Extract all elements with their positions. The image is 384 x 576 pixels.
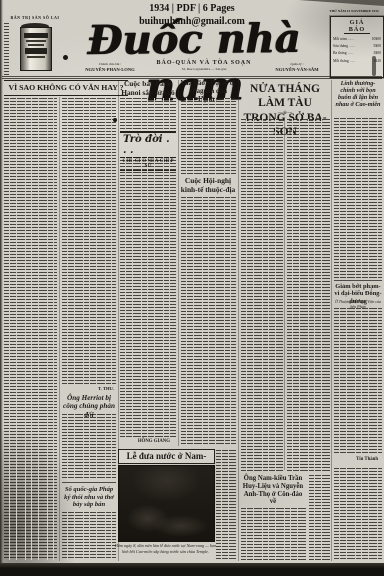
article-text: [62, 512, 116, 560]
section-rule: [62, 482, 116, 483]
price-label: Sáu tháng: [333, 43, 348, 50]
price-value: 3$00: [373, 50, 381, 57]
headline-so-quoc-gia: Số quốc-gia Pháp ký thói nhu và thơ bày …: [61, 486, 117, 509]
editor-name: NGUYỄN-PHAN-LONG: [70, 67, 150, 73]
article-text: [241, 508, 306, 560]
article-text: [62, 414, 116, 480]
headline-paris-hanoi: Cuộc bay Paris Hanoi sắp sửa có: [120, 80, 176, 97]
headline-divider: —※—: [241, 110, 329, 116]
article-text: [120, 157, 176, 437]
office-address: 32, Rue Lagrandière — Sài-gòn: [148, 67, 260, 72]
price-row: Ba tháng......3$00: [331, 50, 383, 57]
bottom-edge-strip: [0, 563, 384, 576]
price-value: 5$00: [373, 43, 381, 50]
headline-van-hay: VÌ SAO KHÔNG CÓ VĂN HAY ?: [4, 80, 128, 96]
ad-vertical-text: [4, 23, 9, 75]
article-text: [181, 197, 236, 445]
column-rule: [284, 118, 285, 470]
article-text: [287, 119, 330, 471]
masthead-editor: Chánh chủ-bút : NGUYỄN-PHAN-LONG: [70, 62, 150, 73]
price-box: GIÁ BÁO Mỗi năm......10$00 Sáu tháng....…: [330, 16, 384, 78]
ceremony-photo: [118, 465, 215, 542]
price-box-title: GIÁ BÁO: [344, 19, 370, 34]
article-text: [120, 98, 176, 130]
article-text: [309, 475, 330, 560]
office-title: BÁO-QUÁN VÀ TÒA SOẠN: [148, 59, 260, 67]
article-text: [334, 468, 382, 560]
price-label: Mỗi tháng: [333, 58, 349, 65]
newspaper-page: 1934 | PDF | 6 Pages buihuuhanh@gmail.co…: [0, 0, 384, 576]
photo-caption: Hôm ngày 8, dân mến làm lễ đưa nước tại …: [114, 543, 217, 555]
headline-con-dao: Ông Nam-kiều Trần Huy-Liệu và Nguyễn Anh…: [240, 475, 306, 506]
masthead-manager: Quản-lý : NGUYỄN-VĂN-SÂM: [262, 62, 332, 73]
price-label: Mỗi năm: [333, 36, 347, 43]
article-text: [216, 450, 236, 560]
price-value: 10$00: [372, 36, 382, 43]
price-row: Mỗi năm......10$00: [331, 36, 383, 43]
manager-name: NGUYỄN-VĂN-SÂM: [262, 67, 332, 73]
headline-hoi-nghi: Cuộc Hội-nghị kinh-tế thuộc-địa: [180, 177, 236, 194]
headline-le-dua-nuoc: Lễ đưa nước ở Nam-vang: [118, 449, 215, 464]
article-text: [334, 308, 382, 454]
ad-header: BÁN TRỊ SẢN SỐ LAI: [4, 15, 66, 20]
milk-can-illustration: [20, 23, 50, 71]
date-line: THỨ NĂM 15 NOVEMBRE 1934: [326, 9, 382, 13]
column-rule: [331, 80, 332, 561]
article-text: [4, 98, 57, 560]
column-rule: [238, 80, 239, 561]
header-rule: [2, 78, 382, 79]
header-rule: [2, 76, 382, 77]
signature-hong-giang: HỒNG GIANG: [120, 439, 170, 444]
masthead-office: BÁO-QUÁN VÀ TÒA SOẠN 32, Rue Lagrandière…: [148, 59, 260, 72]
signature-t-thu: T. THU.: [62, 386, 114, 391]
headline-cao-mien: Lính thương-chính với bọn buôn đi lận bê…: [334, 80, 382, 109]
article-text: [62, 98, 116, 385]
price-label: Ba tháng: [333, 50, 347, 57]
section-rule: [334, 280, 382, 281]
headline-tro-doi: Trò đời . . .: [120, 133, 176, 157]
article-text: [241, 119, 283, 471]
column-rule: [178, 80, 179, 446]
column-rule: [59, 97, 60, 561]
signature-tin-thanh: Tín Thành: [334, 457, 378, 462]
article-text: [181, 98, 236, 175]
price-value: 1$20: [373, 58, 381, 65]
milk-ad: BÁN TRỊ SẢN SỐ LAI: [4, 15, 66, 77]
price-row: Mỗi tháng......1$20: [331, 58, 383, 65]
price-row: Sáu tháng......5$00: [331, 43, 383, 50]
left-edge-shadow: [0, 0, 3, 576]
article-text: [334, 118, 382, 278]
